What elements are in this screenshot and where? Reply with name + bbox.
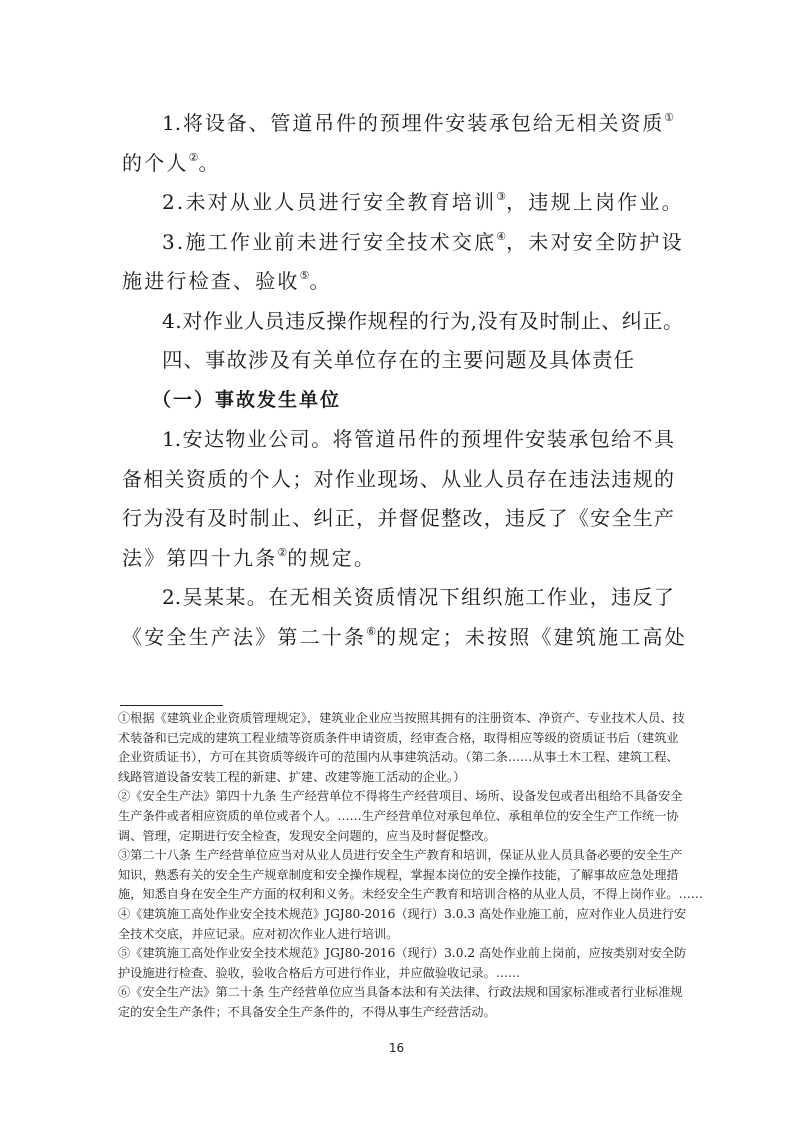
paragraph-line: 的个人②。: [122, 144, 674, 184]
paragraph-line: 法》第四十九条②的规定。: [122, 539, 674, 579]
paragraph-line: 2.未对从业人员进行安全教育培训③，违规上岗作业。: [122, 183, 674, 223]
footnote-line: ③第二十八条 生产经营单位应当对从业人员进行安全生产教育和培训，保证从业人员具备…: [118, 846, 676, 866]
footnote-line: 企业资质证书），方可在其资质等级许可的范围内从事建筑活动。（第二条……从事土木工…: [118, 748, 676, 768]
footnote-ref[interactable]: ③: [496, 190, 506, 203]
footnote-ref[interactable]: ⑤: [300, 269, 310, 282]
footnote-separator: [120, 705, 223, 706]
paragraph-line: 备相关资质的个人；对作业现场、从业人员存在违法违规的: [122, 460, 674, 500]
footnote-line: 生产条件或者相应资质的单位或者个人。……生产经营单位对承包单位、承租单位的安全生…: [118, 807, 676, 827]
footnotes: ①根据《建筑业企业资质管理规定》，建筑业企业应当按照其拥有的注册资本、净资产、专…: [118, 709, 676, 1023]
paragraph-line: 2.吴某某。在无相关资质情况下组织施工作业，违反了: [122, 578, 674, 618]
footnote-line: ⑥《安全生产法》第二十条 生产经营单位应当具备本法和有关法律、行政法规和国家标准…: [118, 983, 676, 1003]
page-number: 16: [0, 1041, 793, 1055]
footnote-ref[interactable]: ④: [496, 230, 506, 243]
footnote-line: ④《建筑施工高处作业安全技术规范》JGJ80-2016（现行）3.0.3 高处作…: [118, 905, 676, 925]
paragraph-line: 1.将设备、管道吊件的预埋件安装承包给无相关资质①: [122, 104, 674, 144]
footnote-line: 施，知悉自身在安全生产方面的权利和义务。未经安全生产教育和培训合格的从业人员，不…: [118, 885, 676, 905]
body-text: 1.将设备、管道吊件的预埋件安装承包给无相关资质① 的个人②。 2.未对从业人员…: [122, 104, 674, 657]
paragraph-line: 行为没有及时制止、纠正，并督促整改，违反了《安全生产: [122, 499, 674, 539]
footnote-line: 调、管理，定期进行安全检查，发现安全问题的，应当及时督促整改。: [118, 827, 676, 847]
footnote-line: 定的安全生产条件；不具备安全生产条件的，不得从事生产经营活动。: [118, 1003, 676, 1023]
footnote-line: ⑤《建筑施工高处作业安全技术规范》JGJ80-2016（现行）3.0.2 高处作…: [118, 944, 676, 964]
section-heading: 四、事故涉及有关单位存在的主要问题及具体责任: [122, 341, 674, 381]
footnote-line: 术装备和已完成的建筑工程业绩等资质条件申请资质，经审查合格，取得相应等级的资质证…: [118, 729, 676, 749]
paragraph-line: 4.对作业人员违反操作规程的行为,没有及时制止、纠正。: [122, 302, 674, 342]
paragraph-line: 《安全生产法》第二十条⑥的规定；未按照《建筑施工高处: [122, 618, 674, 658]
footnote-line: 线路管道设备安装工程的新建、扩建、改建等施工活动的企业。）: [118, 768, 676, 788]
footnote-line: ②《安全生产法》第四十九条 生产经营单位不得将生产经营项目、场所、设备发包或者出…: [118, 787, 676, 807]
paragraph-line: 3.施工作业前未进行安全技术交底④，未对安全防护设: [122, 223, 674, 263]
footnote-line: ①根据《建筑业企业资质管理规定》，建筑业企业应当按照其拥有的注册资本、净资产、专…: [118, 709, 676, 729]
footnote-line: 护设施进行检查、验收，验收合格后方可进行作业，并应做验收记录。……: [118, 964, 676, 984]
document-page: 1.将设备、管道吊件的预埋件安装承包给无相关资质① 的个人②。 2.未对从业人员…: [0, 0, 793, 1122]
paragraph-line: 1.安达物业公司。将管道吊件的预埋件安装承包给不具: [122, 420, 674, 460]
footnote-ref[interactable]: ①: [664, 111, 674, 124]
paragraph-line: 施进行检查、验收⑤。: [122, 262, 674, 302]
footnote-line: 全技术交底，并应记录。应对初次作业人进行培训。: [118, 925, 676, 945]
footnote-ref[interactable]: ②: [189, 151, 199, 164]
footnote-ref[interactable]: ⑥: [366, 625, 376, 638]
subsection-heading: （一）事故发生单位: [122, 381, 674, 421]
footnote-line: 知识，熟悉有关的安全生产规章制度和安全操作规程，掌握本岗位的安全操作技能，了解事…: [118, 866, 676, 886]
footnote-ref[interactable]: ②: [277, 546, 287, 559]
